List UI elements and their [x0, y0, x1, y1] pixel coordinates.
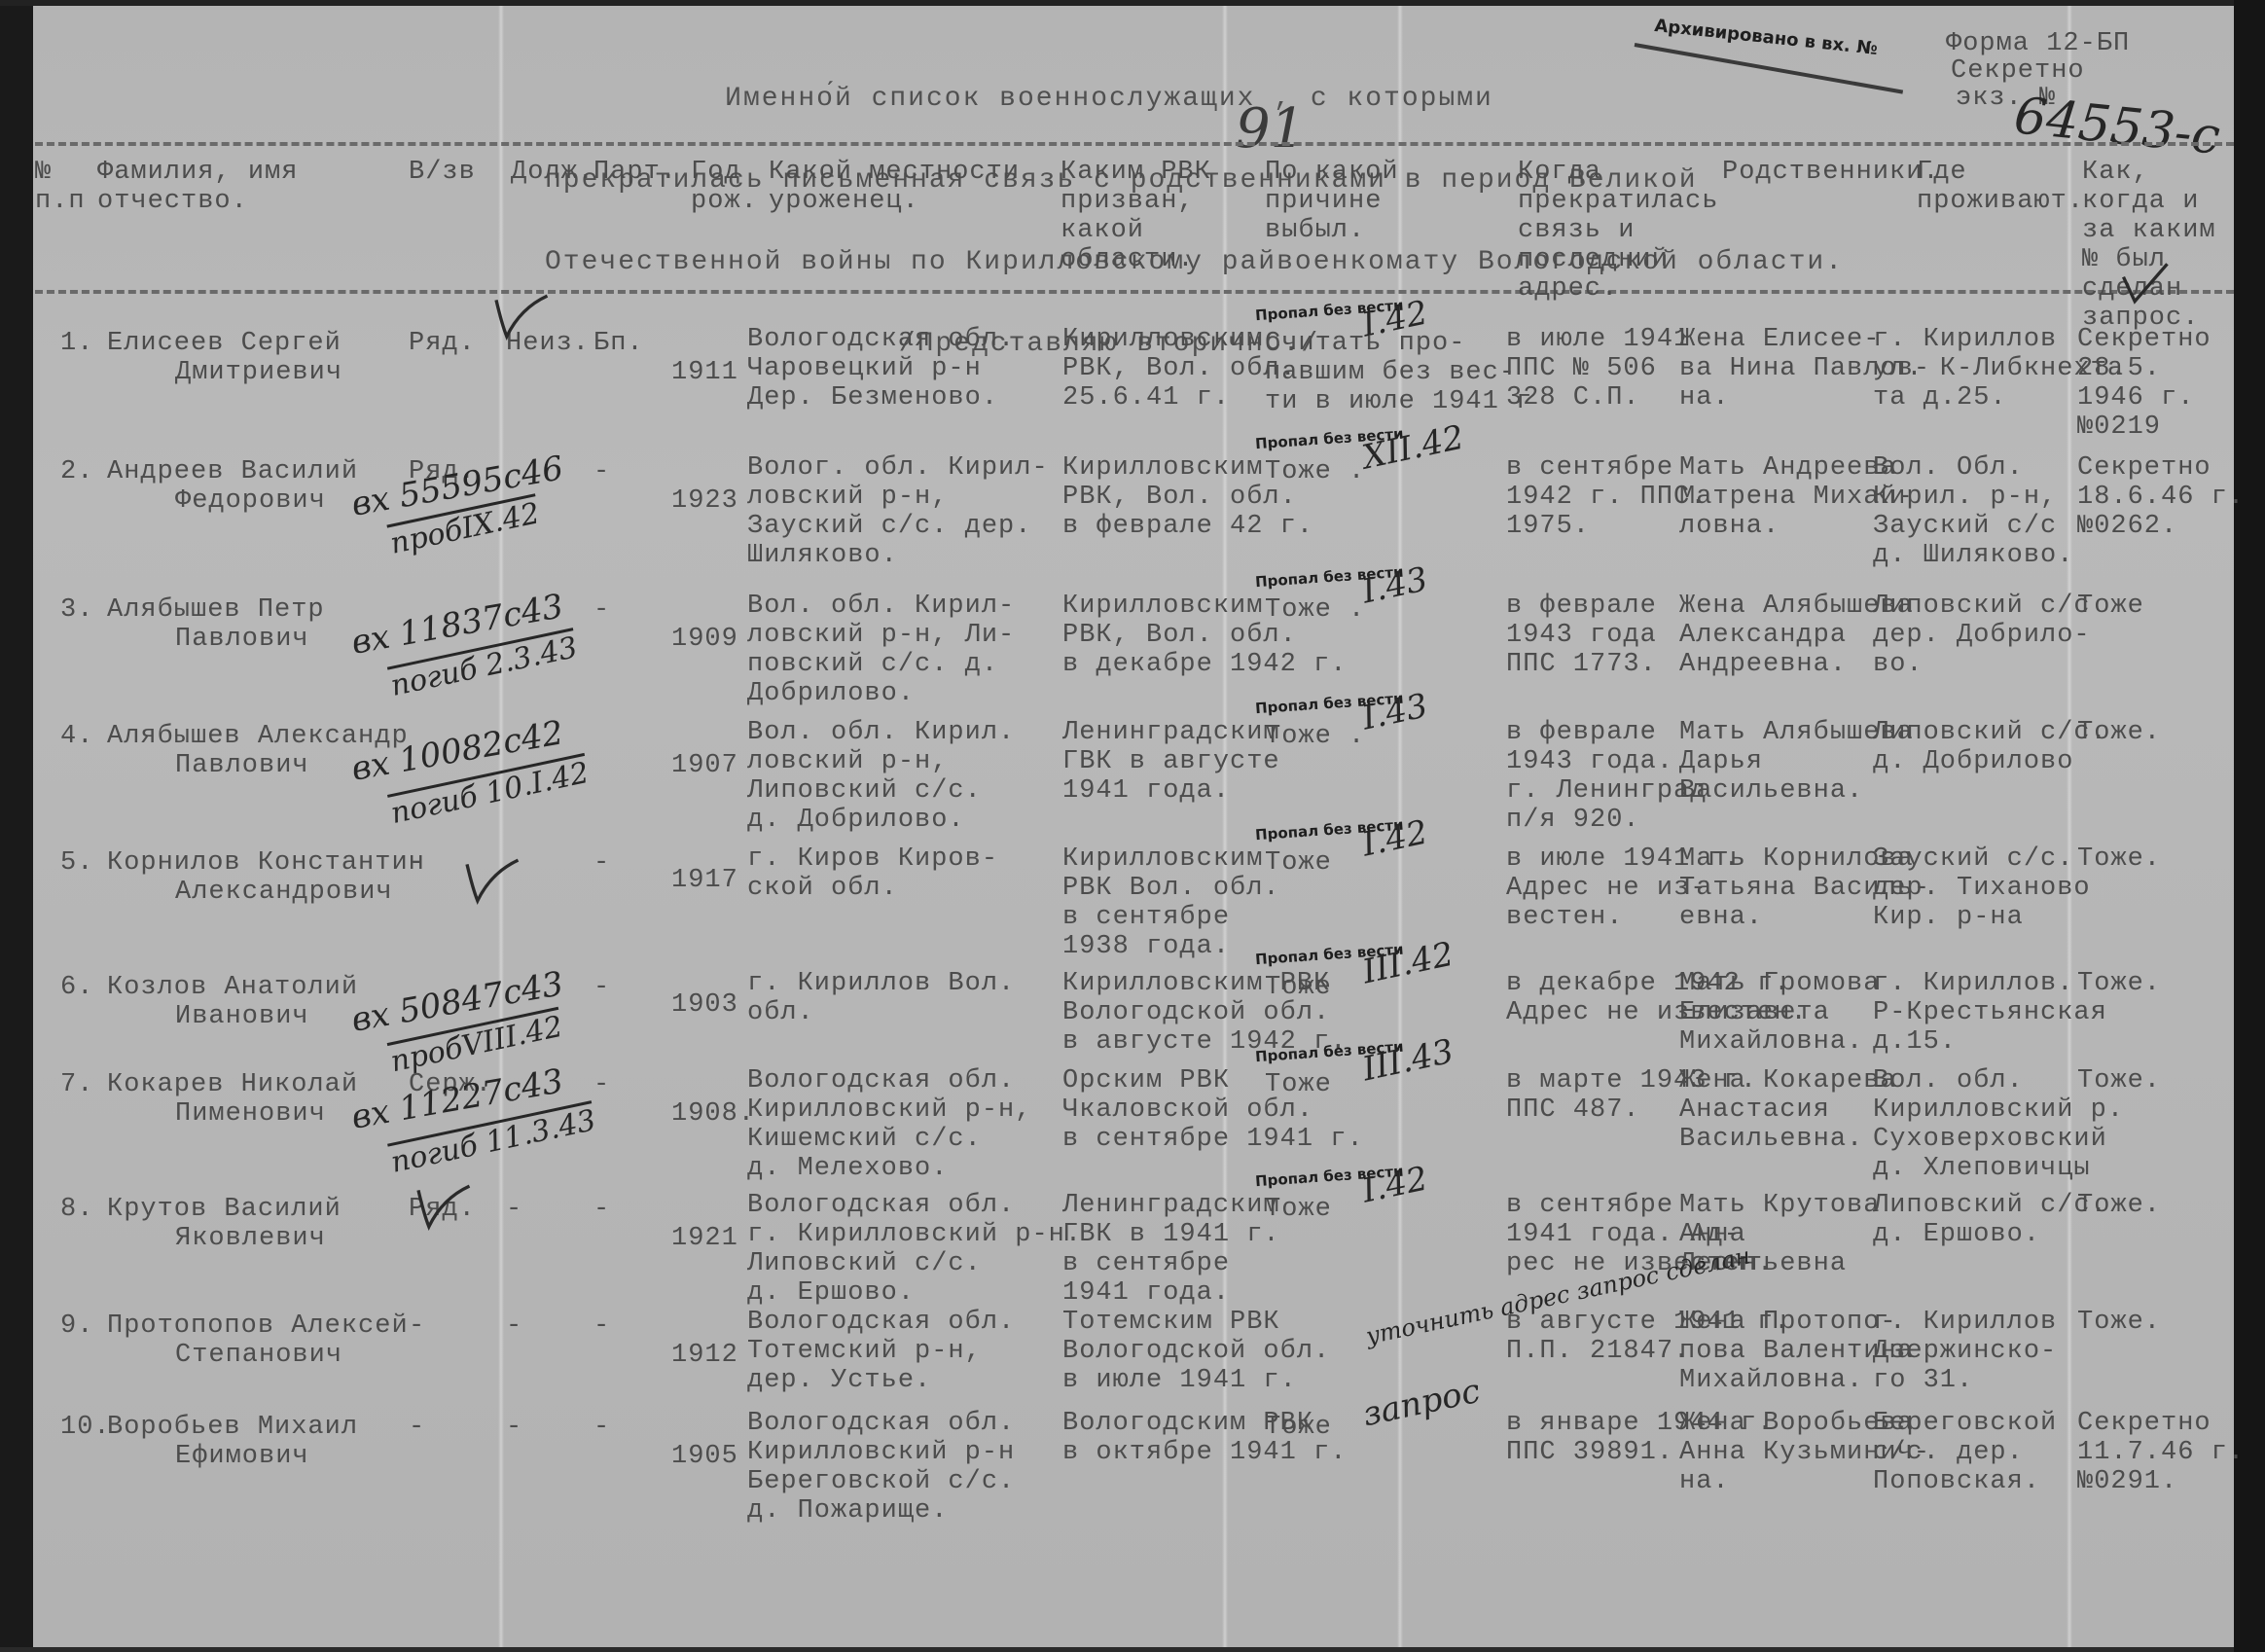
row-conscription-office: Ленинградским ГВК в 1941 г. в сентябре 1… — [1062, 1191, 1280, 1308]
row-request: Тоже — [2077, 592, 2144, 621]
row-reason: Тоже — [1265, 973, 1332, 1002]
row-number: 2. — [60, 457, 93, 486]
row-birthplace: г. Кириллов Вол. обл. — [747, 969, 1015, 1027]
row-birthplace: Вологодская обл. Чаровецкий р-н Дер. Без… — [747, 325, 1015, 413]
row-patronymic: Иванович — [175, 1002, 309, 1031]
row-birthplace: Вологодская обл. Кирилловский р-н Берего… — [747, 1409, 1015, 1526]
row-party: - — [593, 595, 610, 625]
row-name: Алябышев Александр — [107, 722, 409, 751]
row-request: Тоже. — [2077, 1191, 2161, 1220]
secret-label: Секретно — [1951, 56, 2085, 86]
row-number: 6. — [60, 973, 93, 1002]
row-birthplace: Вол. обл. Кирил- ловский р-н, Ли- повски… — [747, 592, 1015, 708]
row-conscription-office: Ленинградским ГВК в августе 1941 года. — [1062, 718, 1280, 806]
row-residence: Липовский с/с. д. Ершово. — [1873, 1191, 2107, 1249]
row-conscription-office: Кирилловским РВК, Вол. обл. 25.6.41 г. — [1062, 325, 1297, 413]
row-reason: Тоже — [1265, 848, 1332, 878]
checkmark-icon — [457, 856, 525, 905]
checkmark-icon — [2111, 261, 2179, 309]
row-party: - — [593, 848, 610, 878]
row-name: Крутов Василий — [107, 1195, 342, 1224]
row-request: Тоже. — [2077, 844, 2161, 874]
row-reason: Считать про- павшим без вес- ти в июле 1… — [1265, 329, 1532, 416]
row-birthplace: Вол. обл. Кирил. ловский р-н, Липовский … — [747, 718, 1015, 835]
row-reason: Тоже . — [1265, 457, 1365, 486]
row-last-contact: в феврале 1943 года ППС 1773. — [1506, 592, 1657, 679]
row-name: Елисеев Сергей — [107, 329, 342, 358]
row-party: - — [593, 457, 610, 486]
row-party: - — [593, 1413, 610, 1442]
header-rule — [35, 142, 2234, 146]
row-number: 1. — [60, 329, 93, 358]
row-patronymic: Александрович — [175, 878, 393, 907]
row-residence: г. Кириллов. Р-Крестьянская д.15. — [1873, 969, 2107, 1057]
row-request: Секретно 18.6.46 г. №0262. — [2077, 453, 2245, 541]
row-birth-year: 1909 — [671, 625, 738, 654]
row-name: Андреев Василий — [107, 457, 358, 486]
row-last-contact: в сентябре 1942 г. ППС. 1975. — [1506, 453, 1707, 541]
row-birthplace: г. Киров Киров- ской обл. — [747, 844, 998, 903]
col-header-position: Долж. — [511, 158, 594, 187]
row-patronymic: Федорович — [175, 486, 326, 516]
row-request: Секретно 11.7.46 г. №0291. — [2077, 1409, 2245, 1496]
row-relatives: Жена Кокарева Анастасия Васильевна. — [1679, 1066, 1897, 1154]
row-request: Тоже. — [2077, 1308, 2161, 1337]
row-reason: Тоже — [1265, 1070, 1332, 1099]
row-residence: Липовский с/с. д. Добрилово — [1873, 718, 2107, 776]
col-header-relatives: Родственники. — [1722, 158, 1897, 187]
row-patronymic: Дмитриевич — [175, 358, 342, 387]
row-patronymic: Павлович — [175, 625, 309, 654]
row-number: 4. — [60, 722, 93, 751]
col-header-rvk: Каким РВК призван, какой области. — [1061, 158, 1255, 274]
row-name: Протопопов Алексей — [107, 1311, 409, 1341]
row-party: - — [593, 1070, 610, 1099]
paper-fold — [2067, 0, 2072, 1652]
row-patronymic: Павлович — [175, 751, 309, 780]
row-birth-year: 1908. — [671, 1099, 755, 1129]
row-rank: - — [409, 1413, 425, 1442]
col-header-reason: По какой причине выбыл. — [1265, 158, 1459, 245]
row-request: Секретно 28.5. 1946 г. №0219 — [2077, 325, 2211, 442]
row-party: - — [593, 1311, 610, 1341]
row-birthplace: Вологодская обл. Тотемский р-н, дер. Уст… — [747, 1308, 1015, 1395]
row-rank: Ряд. — [409, 329, 476, 358]
row-request: Тоже. — [2077, 718, 2161, 747]
row-birthplace: Вологодская обл. Кирилловский р-н, Кишем… — [747, 1066, 1031, 1183]
col-header-birthplace: Какой местности уроженец. — [769, 158, 1041, 216]
checkmark-icon — [409, 1182, 477, 1231]
row-birth-year: 1907 — [671, 751, 738, 780]
row-position: - — [506, 1311, 522, 1341]
title-line-1: Именно́й список военнослужащих , с котор… — [545, 86, 1673, 113]
row-rank: - — [409, 1311, 425, 1341]
row-party: - — [593, 1195, 610, 1224]
col-header-party: Парт. — [593, 158, 677, 187]
scan-edge-bottom — [0, 1647, 2265, 1652]
header-rule — [35, 290, 2234, 294]
col-header-name: Фамилия, имя отчество. — [97, 158, 399, 216]
row-residence: Береговской с/с. дер. Поповская. — [1873, 1409, 2057, 1496]
row-conscription-office: Кирилловским РВК Вол. обл. в сентябре 19… — [1062, 844, 1280, 961]
row-residence: г. Кириллов Дзержинско- го 31. — [1873, 1308, 2057, 1395]
row-request: Тоже. — [2077, 1066, 2161, 1095]
row-number: 5. — [60, 848, 93, 878]
row-reason: Тоже — [1265, 1413, 1332, 1442]
row-reason: Тоже . — [1265, 595, 1365, 625]
row-patronymic: Ефимович — [175, 1442, 309, 1471]
row-name: Воробьев Михаил — [107, 1413, 358, 1442]
row-birth-year: 1903 — [671, 990, 738, 1020]
row-name: Корнилов Константин — [107, 848, 425, 878]
col-header-num: № п.п — [35, 158, 97, 216]
handwritten-page-number: 91 — [1236, 97, 1305, 161]
row-rank: - — [409, 848, 425, 878]
row-birthplace: Волог. обл. Кирил- ловский р-н, Зауский … — [747, 453, 1049, 570]
row-last-contact: в июле 1941 ППС № 506 328 С.П. — [1506, 325, 1690, 413]
scan-edge-right — [2234, 0, 2265, 1652]
col-header-rank: В/зв — [409, 158, 476, 187]
checkmark-icon — [486, 292, 555, 341]
scan-edge-top — [0, 0, 2265, 6]
row-party: - — [593, 973, 610, 1002]
row-number: 8. — [60, 1195, 93, 1224]
row-birthplace: Вологодская обл. г. Кирилловский р-н. Ли… — [747, 1191, 1082, 1308]
row-number: 9. — [60, 1311, 93, 1341]
row-birth-year: 1912 — [671, 1341, 738, 1370]
form-label: Форма 12-БП — [1946, 29, 2130, 58]
row-birth-year: 1923 — [671, 486, 738, 516]
col-header-last-contact: Когда прекратилась связь и последний адр… — [1518, 158, 1703, 304]
row-number: 7. — [60, 1070, 93, 1099]
row-residence: Липовский с/с дер. Добрило- во. — [1873, 592, 2091, 679]
row-number: 3. — [60, 595, 93, 625]
row-birth-year: 1905 — [671, 1442, 738, 1471]
row-relatives: Мать Громова Елизавета Михайловна. — [1679, 969, 1880, 1057]
row-patronymic: Яковлевич — [175, 1224, 326, 1253]
row-number: 10. — [60, 1413, 111, 1442]
row-patronymic: Пименович — [175, 1099, 326, 1129]
row-patronymic: Степанович — [175, 1341, 342, 1370]
row-birth-year: 1917 — [671, 866, 738, 895]
col-header-residence: Где проживают. — [1917, 158, 2072, 216]
row-request: Тоже. — [2077, 969, 2161, 998]
row-last-contact: в феврале 1943 года. г. Ленинград п/я 92… — [1506, 718, 1707, 835]
row-residence: Вол. Обл. Кирил. р-н, Зауский с/с д. Шил… — [1873, 453, 2073, 570]
row-name: Алябышев Петр — [107, 595, 325, 625]
row-reason: Тоже . — [1265, 722, 1365, 751]
row-party: Бп. — [593, 329, 644, 358]
row-name: Кокарев Николай — [107, 1070, 358, 1099]
row-reason: Тоже — [1265, 1195, 1332, 1224]
row-conscription-office: Тотемским РВК Вологодской обл. в июле 19… — [1062, 1308, 1330, 1395]
row-birth-year: 1911 — [671, 358, 738, 387]
row-position: - — [506, 1413, 522, 1442]
paper-fold — [498, 0, 504, 1652]
col-header-year: Год рож. — [691, 158, 759, 216]
row-name: Козлов Анатолий — [107, 973, 358, 1002]
row-birth-year: 1921 — [671, 1224, 738, 1253]
row-position: - — [506, 1195, 522, 1224]
row-residence: Зауский с/с. дер. Тиханово Кир. р-на — [1873, 844, 2091, 932]
